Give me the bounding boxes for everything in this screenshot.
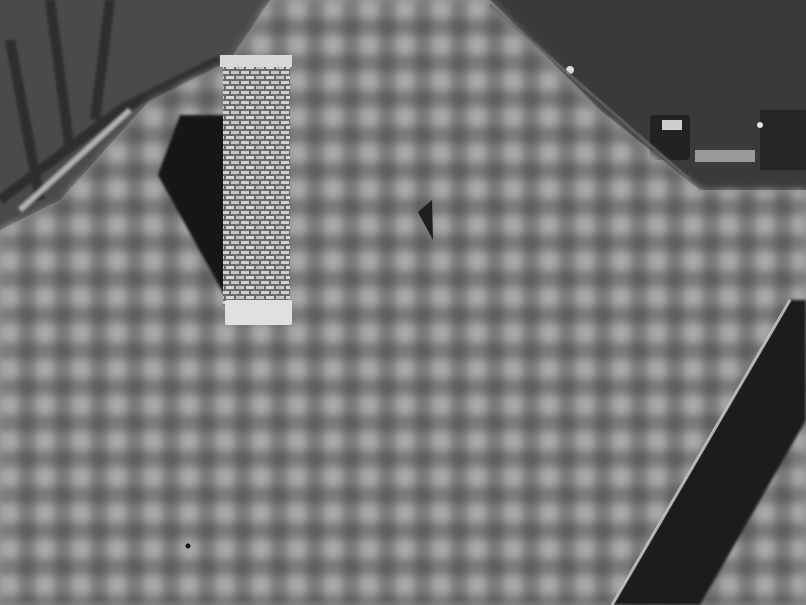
roof-speck [186,544,191,549]
aerial-roof-photo [0,0,806,605]
chimney [220,55,292,325]
photo-canvas [0,0,806,605]
